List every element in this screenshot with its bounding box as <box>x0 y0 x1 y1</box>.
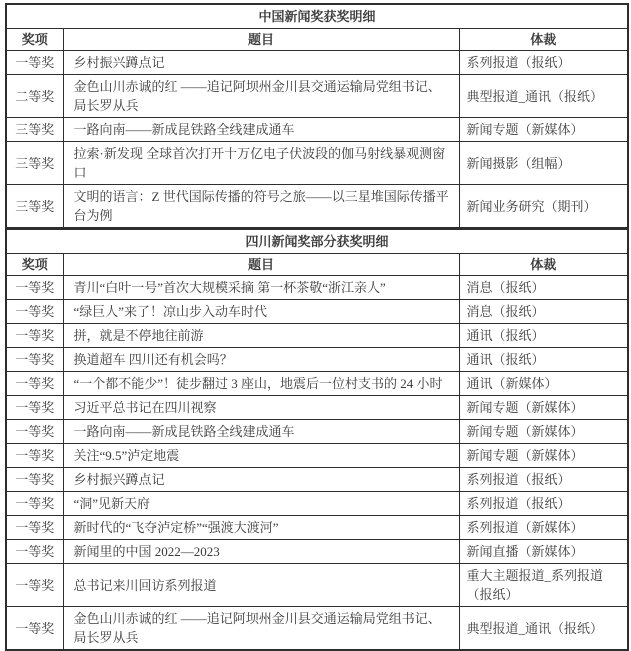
table-row: 一等奖 青川“白叶一号”首次大规模采摘 第一杯茶敬“浙江亲人” 消息（报纸） <box>6 276 628 300</box>
genre-cell: 新闻业务研究（期刊） <box>459 185 628 229</box>
award-cell: 一等奖 <box>6 300 63 324</box>
award-cell: 一等奖 <box>6 492 63 516</box>
table-row: 一等奖 金色山川赤诚的红 ——追记阿坝州金川县交通运输局党组书记、局长罗从兵 典… <box>6 607 628 651</box>
genre-cell: 消息（报纸） <box>459 276 628 300</box>
genre-cell: 通讯（报纸） <box>459 348 628 372</box>
title-cell: 新时代的“飞夺泸定桥”“强渡大渡河” <box>63 516 459 540</box>
award-cell: 二等奖 <box>6 75 63 118</box>
table-row: 一等奖 “绿巨人”来了！凉山步入动车时代 消息（报纸） <box>6 300 628 324</box>
award-cell: 一等奖 <box>6 51 63 75</box>
genre-cell: 系列报道（报纸） <box>459 51 628 75</box>
title-cell: 换道超车 四川还有机会吗？ <box>63 348 459 372</box>
award-cell: 三等奖 <box>6 118 63 142</box>
award-cell: 一等奖 <box>6 420 63 444</box>
genre-cell: 新闻专题（新媒体） <box>459 420 628 444</box>
title-cell: 文明的语言：Z 世代国际传播的符号之旅——以三星堆国际传播平台为例 <box>63 185 459 229</box>
sichuan-table-header-row: 奖项 题目 体裁 <box>6 254 628 276</box>
column-header-award: 奖项 <box>6 29 63 51</box>
table-row: 三等奖 一路向南——新成昆铁路全线建成通车 新闻专题（新媒体） <box>6 118 628 142</box>
award-cell: 一等奖 <box>6 444 63 468</box>
genre-cell: 消息（报纸） <box>459 300 628 324</box>
table-row: 一等奖 拼，就是不停地往前游 通讯（报纸） <box>6 324 628 348</box>
title-cell: 青川“白叶一号”首次大规模采摘 第一杯茶敬“浙江亲人” <box>63 276 459 300</box>
table-row: 一等奖 换道超车 四川还有机会吗？ 通讯（报纸） <box>6 348 628 372</box>
table-row: 三等奖 文明的语言：Z 世代国际传播的符号之旅——以三星堆国际传播平台为例 新闻… <box>6 185 628 229</box>
title-cell: 习近平总书记在四川视察 <box>63 396 459 420</box>
genre-cell: 系列报道（新媒体） <box>459 516 628 540</box>
award-cell: 一等奖 <box>6 276 63 300</box>
genre-cell: 典型报道_通讯（报纸） <box>459 75 628 118</box>
table-row: 一等奖 总书记来川回访系列报道 重大主题报道_系列报道（报纸） <box>6 564 628 607</box>
title-cell: 金色山川赤诚的红 ——追记阿坝州金川县交通运输局党组书记、局长罗从兵 <box>63 607 459 651</box>
genre-cell: 通讯（报纸） <box>459 324 628 348</box>
title-cell: 乡村振兴蹲点记 <box>63 51 459 75</box>
award-cell: 一等奖 <box>6 372 63 396</box>
award-cell: 一等奖 <box>6 516 63 540</box>
title-cell: 拉索·新发现 全球首次打开十万亿电子伏波段的伽马射线暴观测窗口 <box>63 142 459 185</box>
china-table-title: 中国新闻奖获奖明细 <box>6 4 628 29</box>
genre-cell: 新闻专题（新媒体） <box>459 396 628 420</box>
title-cell: 一路向南——新成昆铁路全线建成通车 <box>63 420 459 444</box>
china-table-header-row: 奖项 题目 体裁 <box>6 29 628 51</box>
award-cell: 一等奖 <box>6 468 63 492</box>
award-cell: 一等奖 <box>6 348 63 372</box>
title-cell: “洞”见新天府 <box>63 492 459 516</box>
award-cell: 三等奖 <box>6 142 63 185</box>
column-header-award: 奖项 <box>6 254 63 276</box>
title-cell: “一个都不能少”！徒步翻过 3 座山，地震后一位村支书的 24 小时 <box>63 372 459 396</box>
genre-cell: 新闻直播（新媒体） <box>459 540 628 564</box>
table-row: 一等奖 乡村振兴蹲点记 系列报道（报纸） <box>6 51 628 75</box>
table-row: 一等奖 新闻里的中国 2022—2023 新闻直播（新媒体） <box>6 540 628 564</box>
table-row: 一等奖 乡村振兴蹲点记 系列报道（报纸） <box>6 468 628 492</box>
award-cell: 一等奖 <box>6 540 63 564</box>
award-cell: 一等奖 <box>6 564 63 607</box>
title-cell: 关注“9.5”泸定地震 <box>63 444 459 468</box>
column-header-genre: 体裁 <box>459 254 628 276</box>
title-cell: 拼，就是不停地往前游 <box>63 324 459 348</box>
table-row: 一等奖 新时代的“飞夺泸定桥”“强渡大渡河” 系列报道（新媒体） <box>6 516 628 540</box>
column-header-genre: 体裁 <box>459 29 628 51</box>
china-table-title-row: 中国新闻奖获奖明细 <box>6 4 628 29</box>
genre-cell: 系列报道（报纸） <box>459 468 628 492</box>
title-cell: 总书记来川回访系列报道 <box>63 564 459 607</box>
title-cell: 金色山川赤诚的红 ——追记阿坝州金川县交通运输局党组书记、局长罗从兵 <box>63 75 459 118</box>
award-cell: 一等奖 <box>6 607 63 651</box>
document-page: 中国新闻奖获奖明细 奖项 题目 体裁 一等奖 乡村振兴蹲点记 系列报道（报纸） … <box>0 0 627 651</box>
title-cell: 新闻里的中国 2022—2023 <box>63 540 459 564</box>
column-header-title: 题目 <box>63 29 459 51</box>
genre-cell: 重大主题报道_系列报道（报纸） <box>459 564 628 607</box>
table-row: 三等奖 拉索·新发现 全球首次打开十万亿电子伏波段的伽马射线暴观测窗口 新闻摄影… <box>6 142 628 185</box>
table-row: 一等奖 关注“9.5”泸定地震 新闻专题（新媒体） <box>6 444 628 468</box>
table-row: 一等奖 一路向南——新成昆铁路全线建成通车 新闻专题（新媒体） <box>6 420 628 444</box>
table-row: 一等奖 “一个都不能少”！徒步翻过 3 座山，地震后一位村支书的 24 小时 通… <box>6 372 628 396</box>
title-cell: 乡村振兴蹲点记 <box>63 468 459 492</box>
genre-cell: 新闻专题（新媒体） <box>459 444 628 468</box>
title-cell: 一路向南——新成昆铁路全线建成通车 <box>63 118 459 142</box>
genre-cell: 通讯（新媒体） <box>459 372 628 396</box>
award-cell: 一等奖 <box>6 396 63 420</box>
china-news-award-table: 中国新闻奖获奖明细 奖项 题目 体裁 一等奖 乡村振兴蹲点记 系列报道（报纸） … <box>5 3 629 229</box>
genre-cell: 新闻摄影（组幅） <box>459 142 628 185</box>
genre-cell: 新闻专题（新媒体） <box>459 118 628 142</box>
table-row: 二等奖 金色山川赤诚的红 ——追记阿坝州金川县交通运输局党组书记、局长罗从兵 典… <box>6 75 628 118</box>
table-row: 一等奖 “洞”见新天府 系列报道（报纸） <box>6 492 628 516</box>
award-cell: 三等奖 <box>6 185 63 229</box>
table-row: 一等奖 习近平总书记在四川视察 新闻专题（新媒体） <box>6 396 628 420</box>
column-header-title: 题目 <box>63 254 459 276</box>
sichuan-table-title-row: 四川新闻奖部分获奖明细 <box>6 229 628 254</box>
genre-cell: 系列报道（报纸） <box>459 492 628 516</box>
sichuan-table-title: 四川新闻奖部分获奖明细 <box>6 229 628 254</box>
title-cell: “绿巨人”来了！凉山步入动车时代 <box>63 300 459 324</box>
award-cell: 一等奖 <box>6 324 63 348</box>
sichuan-news-award-table: 四川新闻奖部分获奖明细 奖项 题目 体裁 一等奖 青川“白叶一号”首次大规模采摘… <box>5 228 629 651</box>
genre-cell: 典型报道_通讯（报纸） <box>459 607 628 651</box>
